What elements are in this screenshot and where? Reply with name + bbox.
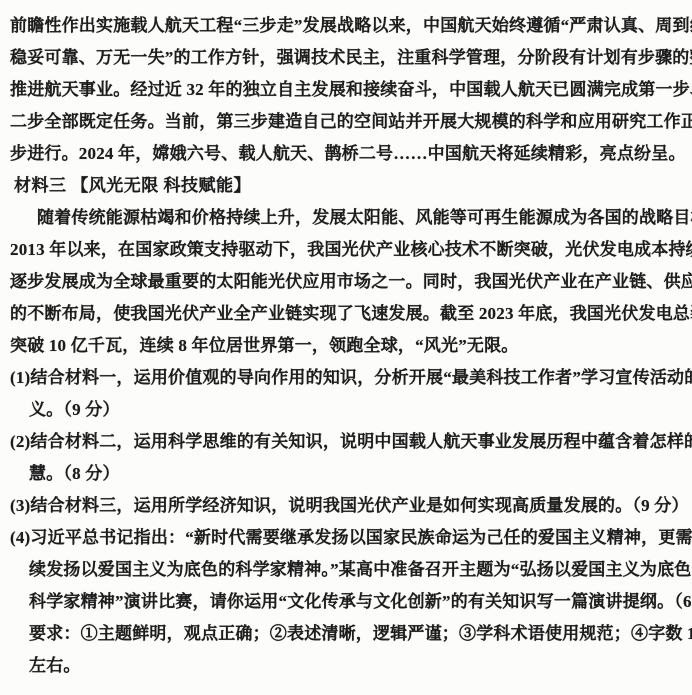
paragraph-line: 前瞻性作出实施载人航天工程“三步走”发展战略以来，中国航天始终遵循“严肃认真、周… [10,10,686,42]
question-2-continuation-line: 慧。（8 分） [10,458,686,490]
paragraph-line: 突破 10 亿千瓦，连续 8 年位居世界第一，领跑全球，“风光”无限。 [10,330,686,362]
question-4-continuation-line: 续发扬以爱国主义为底色的科学家精神。”某高中准备召开主题为“弘扬以爱国主义为底色… [10,554,686,586]
paragraph-line: 二步全部既定任务。当前，第三步建造自己的空间站并开展大规模的科学和应用研究工作正… [10,106,686,138]
question-2-line: (2)结合材料二，运用科学思维的有关知识，说明中国载人航天事业发展历程中蕴含着怎… [10,426,686,458]
question-1-continuation-line: 义。（9 分） [10,394,686,426]
question-4-continuation-line: 科学家精神”演讲比赛，请你运用“文化传承与文化创新”的有关知识写一篇演讲提纲。（… [10,586,686,618]
question-3-line: (3)结合材料三，运用所学经济知识，说明我国光伏产业是如何实现高质量发展的。（9… [10,490,686,522]
requirements-line: 要求：①主题鲜明，观点正确；②表述清晰，逻辑严谨；③学科术语使用规范；④字数 1… [10,618,686,650]
question-4-line: (4)习近平总书记指出：“新时代需要继承发扬以国家民族命运为己任的爱国主义精神，… [10,522,686,554]
paragraph-line: 推进航天事业。经过近 32 年的独立自主发展和接续奋斗，中国载人航天已圆满完成第… [10,74,686,106]
paragraph-line: 逐步发展成为全球最重要的太阳能光伏应用市场之一。同时，我国光伏产业在产业链、供应… [10,266,686,298]
exam-paper-page: 前瞻性作出实施载人航天工程“三步走”发展战略以来，中国航天始终遵循“严肃认真、周… [0,0,692,695]
paragraph-line: 2013 年以来，在国家政策支持驱动下，我国光伏产业核心技术不断突破，光伏发电成… [10,234,686,266]
paragraph-line: 随着传统能源枯竭和价格持续上升，发展太阳能、风能等可再生能源成为各国的战略目标。 [10,202,686,234]
paragraph-line: 稳妥可靠、万无一失”的工作方针，强调技术民主，注重科学管理，分阶段有计划有步骤的… [10,42,686,74]
material-3-heading: 材料三 【风光无限 科技赋能】 [10,170,686,202]
requirements-continuation-line: 左右。 [10,650,686,682]
question-1-line: (1)结合材料一，运用价值观的导向作用的知识，分析开展“最美科技工作者”学习宣传… [10,362,686,394]
paragraph-line: 的不断布局，使我国光伏产业全产业链实现了飞速发展。截至 2023 年底，我国光伏… [10,298,686,330]
paragraph-line: 步进行。2024 年，嫦娥六号、载人航天、鹊桥二号……中国航天将延续精彩，亮点纷… [10,138,686,170]
